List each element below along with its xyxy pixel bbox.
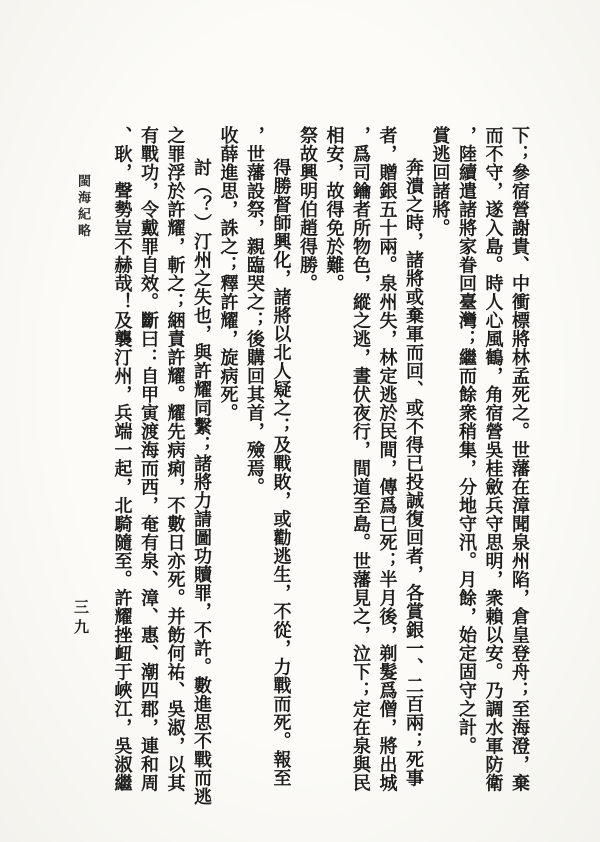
text-block: 下；參宿營謝貴、中衝標將林孟死之。世藩在漳聞泉州陷，倉皇登舟；至海澄，棄 而不守… [106,126,530,820]
text-column-11: ，世藩設祭，親臨哭之；後購回其首，殮焉。 [244,126,266,820]
text-column-6: 者，贈銀五十兩。泉州失，林定逃於民間，傳爲已死；半月後，剃髮爲僧，將出城 [376,126,398,820]
text-column-2: 而不守，遂入島。時人心風鶴，角宿營吳桂斂兵守思明，衆賴以安。乃調水軍防衛 [482,126,504,820]
page-number: 三九 [70,599,91,639]
text-column-10: 得勝督師興化，諸將以北人疑之；及戰敗，或勸逃生，不從，力戰而死。報至 [270,126,292,820]
book-page: 閩海紀略 三九 下；參宿營謝貴、中衝標將林孟死之。世藩在漳聞泉州陷，倉皇登舟；至… [0,0,600,842]
text-column-3: ，陸續遣諸將家眷回臺灣；繼而餘衆稍集，分地守汛。月餘，始定固守之計。 [456,126,478,820]
running-title: 閩海紀略 [74,174,93,240]
text-column-9: 祭故興明伯趙得勝。 [297,126,319,820]
text-column-15: 有戰功，令戴罪自效。斷曰：自甲寅渡海而西，奄有泉、漳、惠、潮四郡，連和周 [138,126,160,820]
text-column-12: 收薛進思，誅之；釋許耀，旋病死。 [217,126,239,820]
text-column-1: 下；參宿營謝貴、中衝標將林孟死之。世藩在漳聞泉州陷，倉皇登舟；至海澄，棄 [509,126,531,820]
text-column-13: 討（？）汀州之失也，與許耀同繫；諸將力請圖功贖罪，不許。數進思不戰而逃 [191,126,213,820]
text-column-4: 賞逃回諸將。 [429,126,451,820]
text-column-5: 奔潰之時，諸將或棄軍而回、或不得已投誠復回者，各賞銀一、二百兩；死事 [403,126,425,820]
text-column-16: 、耿，聲勢豈不赫哉！及襲汀州，兵端一起，北騎隨至。許耀挫衄于峽江，吳淑繼 [111,126,133,820]
text-column-14: 之罪浮於許耀，斬之；綑責許耀。耀先病痢，不數日亦死。并飭何祐、吳淑，以其 [164,126,186,820]
text-column-7: ，爲司鑰者所物色，縱之逃，晝伏夜行，間道至島。世藩見之，泣下；定在泉與民 [350,126,372,820]
text-column-8: 相安，故得免於難。 [323,126,345,820]
